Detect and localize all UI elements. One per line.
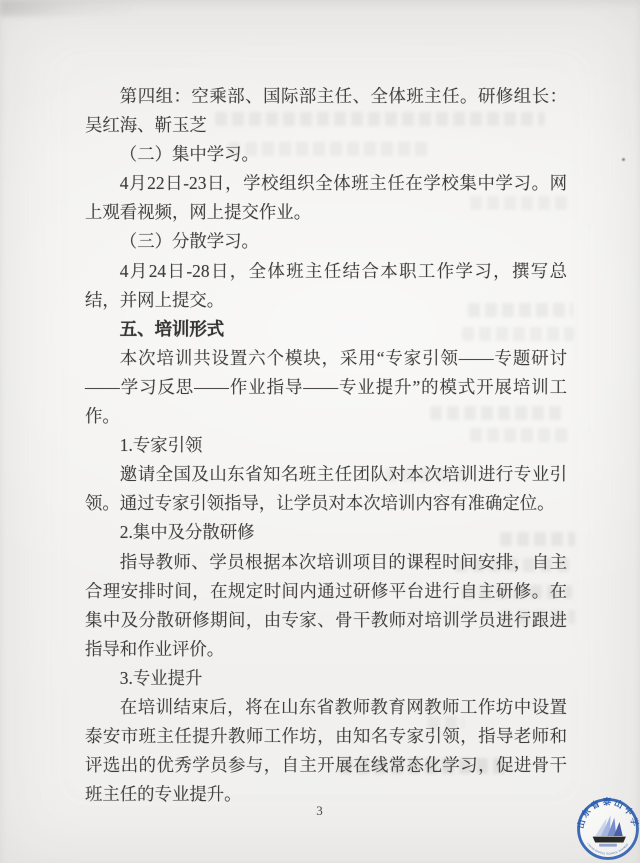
school-seal-stamp: 山东省泰山中学 TAI SHAN MIDDLE SCHOOL SHANDONG [576,797,640,861]
section-heading-training-format: 五、培训形式 [85,315,567,344]
scan-smudge [0,0,150,16]
paragraph-centralized-study: 4月22日-23日，学校组织全体班主任在学校集中学习。网上观看视频，网上提交作业… [85,169,567,227]
paragraph-group4: 第四组：空乘部、国际部主任、全体班主任。研修组长：吴红海、靳玉芝 [85,82,567,140]
paragraph-item1-title: 1.专家引领 [85,431,567,460]
paragraph-modules-overview: 本次培训共设置六个模块，采用“专家引领——专题研讨——学习反思——作业指导——专… [85,344,567,431]
scan-speck [622,158,625,161]
paragraph-subhead-3: （三）分散学习。 [85,227,567,256]
paragraph-item2-body: 指导教师、学员根据本次培训项目的课程时间安排，自主合理安排时间，在规定时间内通过… [85,548,567,664]
paragraph-item3-title: 3.专业提升 [85,664,567,693]
paragraph-item2-title: 2.集中及分散研修 [85,518,567,547]
scanned-document-page: 第四组：空乘部、国际部主任、全体班主任。研修组长：吴红海、靳玉芝 （二）集中学习… [0,0,640,863]
paragraph-dispersed-study: 4月24日-28日，全体班主任结合本职工作学习，撰写总结，并网上提交。 [85,257,567,315]
page-number: 3 [0,803,640,819]
paragraph-item1-body: 邀请全国及山东省知名班主任团队对本次培训进行专业引领。通过专家引领指导，让学员对… [85,460,567,518]
document-body: 第四组：空乘部、国际部主任、全体班主任。研修组长：吴红海、靳玉芝 （二）集中学习… [85,82,567,809]
paragraph-subhead-2: （二）集中学习。 [85,140,567,169]
paragraph-item3-body: 在培训结束后，将在山东省教师教育网教师工作坊中设置泰安市班主任提升教师工作坊，由… [85,693,567,809]
seal-motto-text-mark [599,844,617,847]
